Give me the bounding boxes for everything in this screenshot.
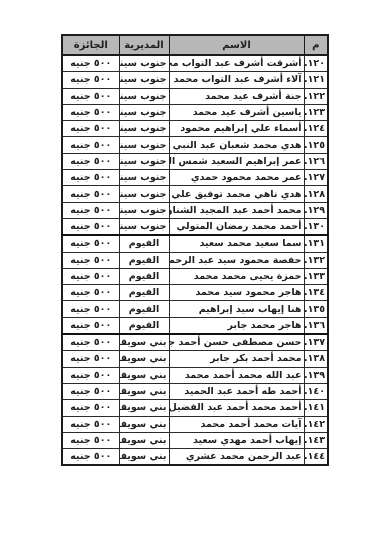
table-row: ١٢٨.هدي ناهي محمد توفيق عليجنوب سيناء٥٠٠… [62,186,328,202]
name-cell: عبد الله محمد أحمد محمد [169,367,304,383]
row-number-cell: ١٣٣. [304,268,328,284]
row-number-cell: ١٤٢. [304,416,328,432]
directorate-cell: الفيوم [119,235,169,252]
directorate-cell: جنوب سيناء [119,186,169,202]
name-cell: أشرقت أشرف عبد التواب محمد [169,55,304,72]
row-number-cell: ١٢٨. [304,186,328,202]
table-row: ١٣١.سما سعيد محمد سعيدالفيوم٥٠٠ جنيه [62,235,328,252]
row-number-cell: ١٢٠. [304,55,328,72]
prize-cell: ٥٠٠ جنيه [62,285,119,301]
prize-cell: ٥٠٠ جنيه [62,235,119,252]
row-number-cell: ١٢٩. [304,202,328,218]
row-number-cell: ١٣٦. [304,317,328,334]
name-cell: محمد أحمد عبد المجيد الشناوي [169,202,304,218]
name-cell: آيات محمد أحمد محمد [169,416,304,432]
directorate-cell: بني سويف [119,432,169,448]
table-row: ١٣٧.حسن مصطفى حسن أحمد جادبني سويف٥٠٠ جن… [62,334,328,351]
name-cell: هدي ناهي محمد توفيق علي [169,186,304,202]
prize-cell: ٥٠٠ جنيه [62,268,119,284]
column-header-name: الاسم [169,35,304,55]
table-row: ١٤٣.إيهاب أحمد مهدي سعيدبني سويف٥٠٠ جنيه [62,432,328,448]
prize-cell: ٥٠٠ جنيه [62,186,119,202]
name-cell: جنة أشرف عيد محمد [169,88,304,104]
prize-cell: ٥٠٠ جنيه [62,72,119,88]
prize-cell: ٥٠٠ جنيه [62,104,119,120]
column-header-prize: الجائزة [62,35,119,55]
prize-cell: ٥٠٠ جنيه [62,202,119,218]
row-number-cell: ١٣٩. [304,367,328,383]
directorate-cell: جنوب سيناء [119,137,169,153]
row-number-cell: ١٤١. [304,400,328,416]
row-number-cell: ١٣١. [304,235,328,252]
directorate-cell: الفيوم [119,285,169,301]
table-row: ١٢٤.أسماء علي إبراهيم محمودجنوب سيناء٥٠٠… [62,121,328,137]
prize-cell: ٥٠٠ جنيه [62,367,119,383]
name-cell: ياسين أشرف عيد محمد [169,104,304,120]
table-row: ١٣٦.هاجر محمد جابرالفيوم٥٠٠ جنيه [62,317,328,334]
prize-cell: ٥٠٠ جنيه [62,449,119,466]
directorate-cell: الفيوم [119,317,169,334]
table-row: ١٣٩.عبد الله محمد أحمد محمدبني سويف٥٠٠ ج… [62,367,328,383]
prize-cell: ٥٠٠ جنيه [62,317,119,334]
prize-cell: ٥٠٠ جنيه [62,432,119,448]
table-row: ١٣٢.حفصة محمود سيد عبد الرحمنالفيوم٥٠٠ ج… [62,252,328,268]
row-number-cell: ١٣٠. [304,218,328,235]
directorate-cell: جنوب سيناء [119,55,169,72]
prize-cell: ٥٠٠ جنيه [62,121,119,137]
table-row: ١٤٠.أحمد طه أحمد عبد الحميدبني سويف٥٠٠ ج… [62,383,328,399]
prize-cell: ٥٠٠ جنيه [62,218,119,235]
row-number-cell: ١٤٠. [304,383,328,399]
prize-cell: ٥٠٠ جنيه [62,137,119,153]
prize-cell: ٥٠٠ جنيه [62,170,119,186]
table-row: ١٣٨.محمد أحمد بكر جابربني سويف٥٠٠ جنيه [62,351,328,367]
prize-cell: ٥٠٠ جنيه [62,252,119,268]
column-header-directorate: المديرية [119,35,169,55]
row-number-cell: ١٢١. [304,72,328,88]
name-cell: أحمد طه أحمد عبد الحميد [169,383,304,399]
directorate-cell: بني سويف [119,400,169,416]
name-cell: سما سعيد محمد سعيد [169,235,304,252]
directorate-cell: الفيوم [119,252,169,268]
directorate-cell: الفيوم [119,301,169,317]
row-number-cell: ١٢٧. [304,170,328,186]
directorate-cell: جنوب سيناء [119,218,169,235]
table-row: ١٢٣.ياسين أشرف عيد محمدجنوب سيناء٥٠٠ جني… [62,104,328,120]
name-cell: حسن مصطفى حسن أحمد جاد [169,334,304,351]
prize-cell: ٥٠٠ جنيه [62,400,119,416]
table-row: ١٣٠.أحمد محمد رمضان المتوليجنوب سيناء٥٠٠… [62,218,328,235]
prize-cell: ٥٠٠ جنيه [62,153,119,169]
table-row: ١٤٢.آيات محمد أحمد محمدبني سويف٥٠٠ جنيه [62,416,328,432]
name-cell: هاجر محمود سيد محمد [169,285,304,301]
row-number-cell: ١٢٣. [304,104,328,120]
name-cell: أسماء علي إبراهيم محمود [169,121,304,137]
row-number-cell: ١٣٧. [304,334,328,351]
name-cell: إيهاب أحمد مهدي سعيد [169,432,304,448]
name-cell: هاجر محمد جابر [169,317,304,334]
row-number-cell: ١٣٤. [304,285,328,301]
row-number-cell: ١٢٥. [304,137,328,153]
name-cell: عمر محمد محمود حمدي [169,170,304,186]
name-cell: أحمد محمد رمضان المتولي [169,218,304,235]
name-cell: أحمد محمد أحمد عبد الفضيل [169,400,304,416]
directorate-cell: جنوب سيناء [119,72,169,88]
prize-cell: ٥٠٠ جنيه [62,301,119,317]
table-row: ١٤١.أحمد محمد أحمد عبد الفضيلبني سويف٥٠٠… [62,400,328,416]
prize-cell: ٥٠٠ جنيه [62,416,119,432]
prize-cell: ٥٠٠ جنيه [62,334,119,351]
directorate-cell: جنوب سيناء [119,88,169,104]
directorate-cell: بني سويف [119,334,169,351]
directorate-cell: بني سويف [119,449,169,466]
table-row: ١٢١.آلاء أشرف عبد التواب محمدجنوب سيناء٥… [62,72,328,88]
row-number-cell: ١٣٥. [304,301,328,317]
winners-table: م الاسم المديرية الجائزة ١٢٠.أشرقت أشرف … [61,34,329,466]
table-row: ١٣٥.هنا إيهاب سيد إبراهيمالفيوم٥٠٠ جنيه [62,301,328,317]
directorate-cell: جنوب سيناء [119,121,169,137]
header-row: م الاسم المديرية الجائزة [62,35,328,55]
column-header-number: م [304,35,328,55]
table-row: ١٢٢.جنة أشرف عيد محمدجنوب سيناء٥٠٠ جنيه [62,88,328,104]
row-number-cell: ١٢٤. [304,121,328,137]
table-row: ١٢٦.عمر إبراهيم السعيد شمس الدينجنوب سين… [62,153,328,169]
table-row: ١٢٥.هدي محمد شعبان عبد النبيجنوب سيناء٥٠… [62,137,328,153]
prize-cell: ٥٠٠ جنيه [62,351,119,367]
row-number-cell: ١٣٨. [304,351,328,367]
table-row: ١٢٧.عمر محمد محمود حمديجنوب سيناء٥٠٠ جني… [62,170,328,186]
table-row: ١٣٤.هاجر محمود سيد محمدالفيوم٥٠٠ جنيه [62,285,328,301]
prize-cell: ٥٠٠ جنيه [62,88,119,104]
table-row: ١٣٣.حمزة يحيى محمد محمدالفيوم٥٠٠ جنيه [62,268,328,284]
directorate-cell: جنوب سيناء [119,202,169,218]
directorate-cell: الفيوم [119,268,169,284]
directorate-cell: جنوب سيناء [119,153,169,169]
table-row: ١٢٠.أشرقت أشرف عبد التواب محمدجنوب سيناء… [62,55,328,72]
name-cell: عمر إبراهيم السعيد شمس الدين [169,153,304,169]
winners-table-body: ١٢٠.أشرقت أشرف عبد التواب محمدجنوب سيناء… [62,55,328,465]
row-number-cell: ١٤٣. [304,432,328,448]
prize-cell: ٥٠٠ جنيه [62,55,119,72]
row-number-cell: ١٣٢. [304,252,328,268]
name-cell: هنا إيهاب سيد إبراهيم [169,301,304,317]
name-cell: آلاء أشرف عبد التواب محمد [169,72,304,88]
name-cell: محمد أحمد بكر جابر [169,351,304,367]
row-number-cell: ١٢٦. [304,153,328,169]
directorate-cell: جنوب سيناء [119,104,169,120]
directorate-cell: جنوب سيناء [119,170,169,186]
directorate-cell: بني سويف [119,351,169,367]
prize-cell: ٥٠٠ جنيه [62,383,119,399]
name-cell: هدي محمد شعبان عبد النبي [169,137,304,153]
directorate-cell: بني سويف [119,383,169,399]
name-cell: حمزة يحيى محمد محمد [169,268,304,284]
directorate-cell: بني سويف [119,416,169,432]
name-cell: عبد الرحمن محمد عشري [169,449,304,466]
table-row: ١٢٩.محمد أحمد عبد المجيد الشناويجنوب سين… [62,202,328,218]
table-row: ١٤٤.عبد الرحمن محمد عشريبني سويف٥٠٠ جنيه [62,449,328,466]
directorate-cell: بني سويف [119,367,169,383]
name-cell: حفصة محمود سيد عبد الرحمن [169,252,304,268]
document-page: م الاسم المديرية الجائزة ١٢٠.أشرقت أشرف … [0,0,392,555]
row-number-cell: ١٢٢. [304,88,328,104]
row-number-cell: ١٤٤. [304,449,328,466]
winners-table-header: م الاسم المديرية الجائزة [62,35,328,55]
